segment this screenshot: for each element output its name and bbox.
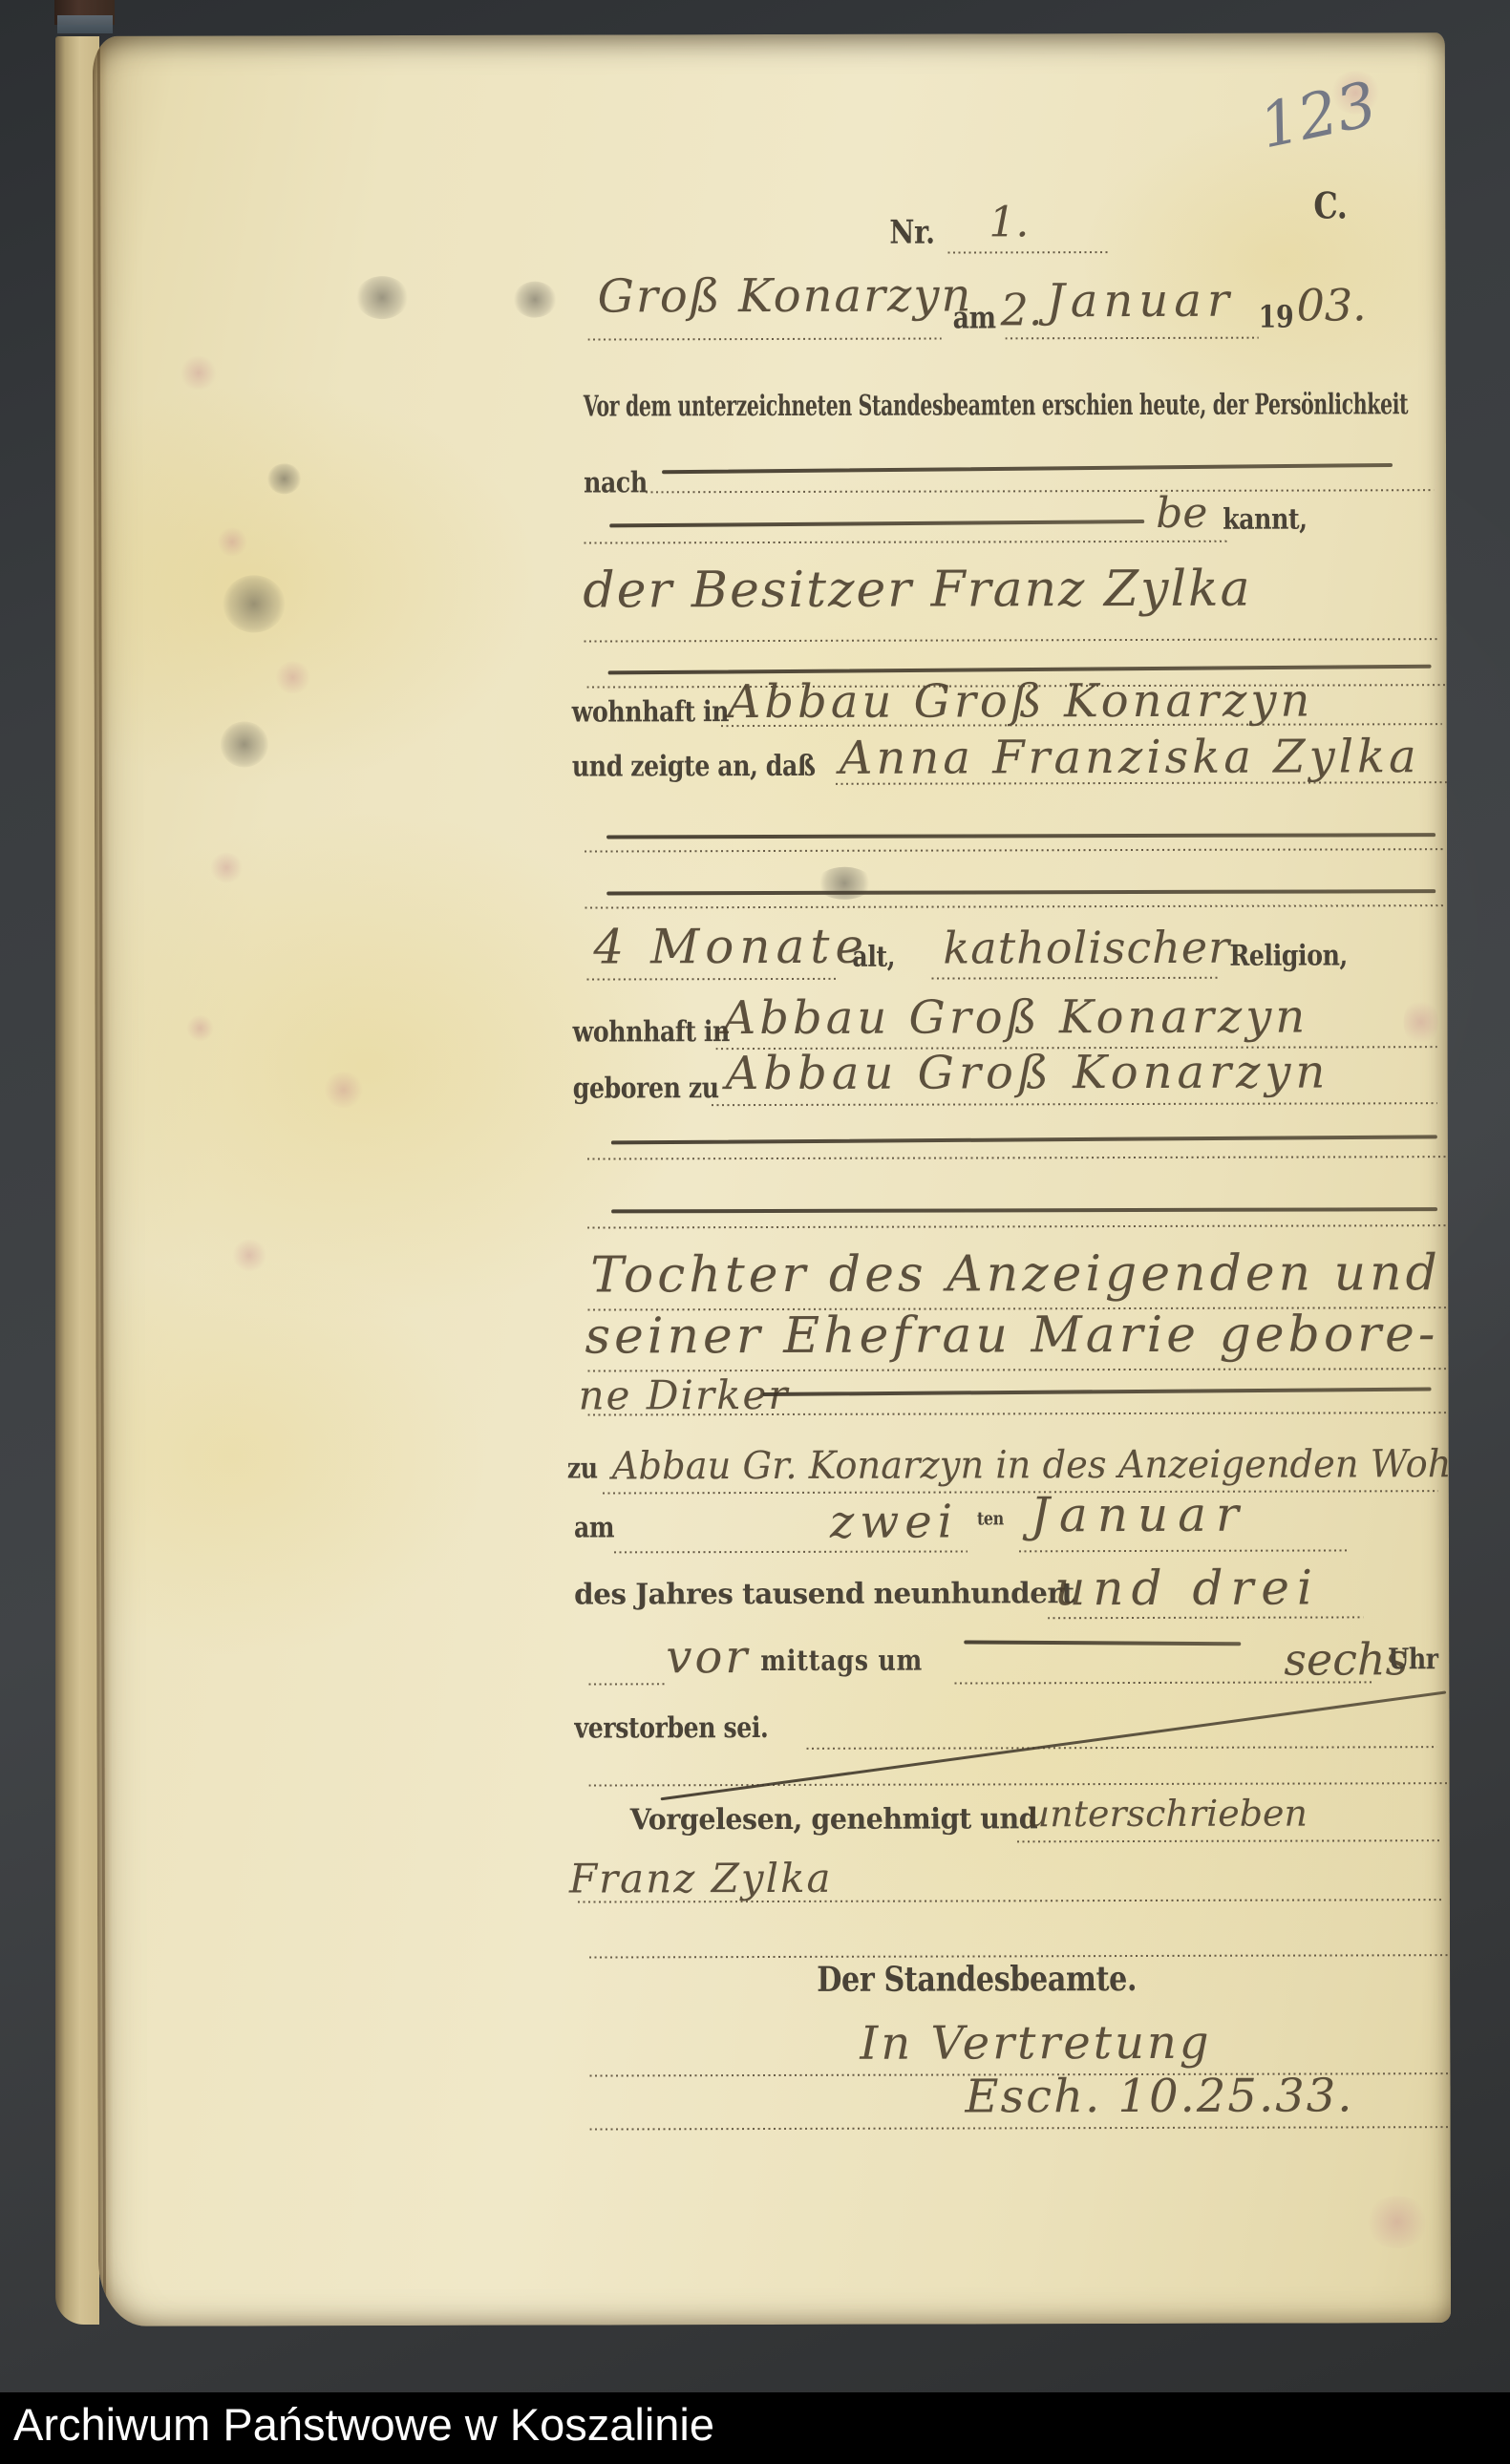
pen-stroke	[964, 1640, 1241, 1646]
blank-dotted-rule	[947, 251, 1110, 253]
form-nr-label: Nr.	[889, 214, 934, 252]
entry-registrar-note: Esch. 10.25.33.	[965, 2069, 1353, 2123]
entry-family-line3: ne Dirker	[579, 1371, 790, 1419]
blank-dotted-rule	[587, 1224, 1447, 1228]
pen-stroke	[611, 1135, 1437, 1144]
blank-dotted-rule	[712, 1102, 1437, 1106]
stain	[274, 661, 312, 693]
entry-year-written: 03.	[1297, 279, 1367, 330]
blank-dotted-rule	[587, 1156, 1447, 1159]
entry-day: 2.	[1001, 284, 1043, 335]
blank-dotted-rule	[585, 638, 1439, 642]
form-religion-label: Religion,	[1229, 939, 1348, 972]
stain	[209, 852, 244, 882]
blank-dotted-rule	[931, 977, 1218, 980]
blank-dotted-rule	[586, 978, 837, 981]
entry-be-written: be	[1156, 489, 1207, 538]
entry-death-year: und drei	[1054, 1560, 1320, 1616]
stain	[180, 356, 218, 391]
entry-vertretung: In Vertretung	[860, 2016, 1211, 2071]
entry-place: Groß Konarzyn	[598, 268, 973, 323]
blank-dotted-rule	[590, 2126, 1450, 2130]
pen-stroke	[763, 1388, 1432, 1396]
entry-birthplace: Abbau Groß Konarzyn	[726, 1045, 1330, 1100]
form-geboren-label: geboren zu	[573, 1072, 719, 1105]
stain	[231, 1239, 267, 1271]
form-alt-label: alt,	[852, 941, 895, 974]
blank-dotted-rule	[584, 541, 1228, 544]
blank-dotted-rule	[588, 338, 942, 341]
blank-dotted-rule	[589, 1782, 1449, 1786]
form-am-label: am	[953, 299, 996, 335]
blank-dotted-rule	[807, 1746, 1437, 1750]
form-nach-label: nach	[584, 466, 648, 499]
stain	[323, 1072, 365, 1108]
pen-stroke	[662, 463, 1393, 474]
blank-dotted-rule	[585, 848, 1444, 852]
archive-watermark-bar: Archiwum Państwowe w Koszalinie	[0, 2392, 1510, 2464]
entry-deceased-name: Anna Franziska Zylka	[840, 730, 1420, 785]
entry-month: Januar	[1047, 274, 1235, 329]
entry-closing-written: unterschrieben	[1027, 1793, 1308, 1836]
stain	[514, 282, 557, 318]
blank-dotted-rule	[603, 1490, 1438, 1494]
blank-dotted-rule	[588, 1683, 665, 1685]
form-uhr-label: Uhr	[1388, 1643, 1437, 1676]
form-registrar-label: Der Standesbeamte.	[817, 1959, 1137, 2000]
blank-dotted-rule	[1006, 337, 1259, 340]
pen-stroke	[606, 889, 1436, 895]
entry-signature: Franz Zylka	[569, 1855, 833, 1902]
blank-dotted-rule	[1048, 1616, 1363, 1619]
form-verstorben-label: verstorben sei.	[574, 1711, 768, 1746]
binding-band	[57, 15, 113, 33]
blank-dotted-rule	[585, 904, 1444, 908]
form-intro-line: Vor dem unterzeichneten Standesbeamten e…	[584, 388, 1408, 423]
entry-family-line2: seiner Ehefrau Marie gebore-	[585, 1306, 1438, 1365]
corner-letter: C.	[1313, 183, 1347, 226]
form-am2-label: am	[574, 1511, 614, 1544]
entry-death-place: Abbau Gr. Konarzyn in des Anzeigenden Wo…	[612, 1442, 1451, 1489]
form-year-printed: 19	[1259, 299, 1294, 335]
pen-stroke	[606, 833, 1436, 839]
entry-declarant: der Besitzer Franz Zylka	[583, 561, 1251, 620]
pencil-page-number: 123	[1254, 69, 1383, 162]
form-closing-printed: Vorgelesen, genehmigt und	[630, 1802, 1038, 1837]
blank-dotted-rule	[614, 1550, 968, 1553]
entry-age: 4 Monate	[593, 919, 869, 975]
form-wohnhaft2-label: wohnhaft in	[573, 1015, 730, 1049]
form-kannt-label: kannt,	[1223, 503, 1307, 537]
form-ten-label: ten	[977, 1508, 1004, 1529]
stain	[356, 276, 409, 319]
form-zeigte-label: und zeigte an, daß	[572, 750, 816, 784]
stain	[1364, 2196, 1431, 2248]
scan-viewport: 123 C. Nr. 1. Groß Konarzyn am 2. Januar…	[0, 0, 1510, 2464]
stain	[186, 1015, 215, 1042]
form-wohnhaft-label: wohnhaft in	[572, 695, 729, 729]
blank-dotted-rule	[836, 781, 1447, 785]
pen-stroke	[609, 520, 1144, 527]
archive-name: Archiwum Państwowe w Koszalinie	[13, 2398, 714, 2451]
stain	[221, 721, 268, 767]
blank-dotted-rule	[1017, 1839, 1442, 1842]
entry-death-day: zwei	[830, 1495, 958, 1548]
blank-dotted-rule	[589, 1954, 1449, 1958]
form-year-label: des Jahres tausend neunhundert	[574, 1577, 1074, 1611]
stain	[223, 575, 285, 632]
blank-dotted-rule	[646, 489, 1434, 493]
entry-religion: katholischer	[943, 922, 1230, 974]
stain	[1404, 997, 1438, 1047]
form-mittags-label: mittags um	[760, 1645, 923, 1678]
entry-vor-written: vor	[666, 1630, 750, 1684]
stain	[267, 463, 301, 494]
entry-nr-value: 1.	[989, 198, 1029, 246]
stain	[216, 527, 248, 556]
pen-stroke	[611, 1207, 1437, 1213]
blank-dotted-rule	[1019, 1549, 1349, 1552]
entry-family-line1: Tochter des Anzeigenden und	[590, 1244, 1441, 1304]
entry-residence: Abbau Groß Konarzyn	[728, 674, 1314, 730]
form-zu-label: zu	[567, 1452, 598, 1485]
entry-residence2: Abbau Groß Konarzyn	[722, 990, 1308, 1046]
entry-death-month: Januar	[1031, 1487, 1248, 1543]
document-page: 123 C. Nr. 1. Groß Konarzyn am 2. Januar…	[93, 32, 1451, 2326]
